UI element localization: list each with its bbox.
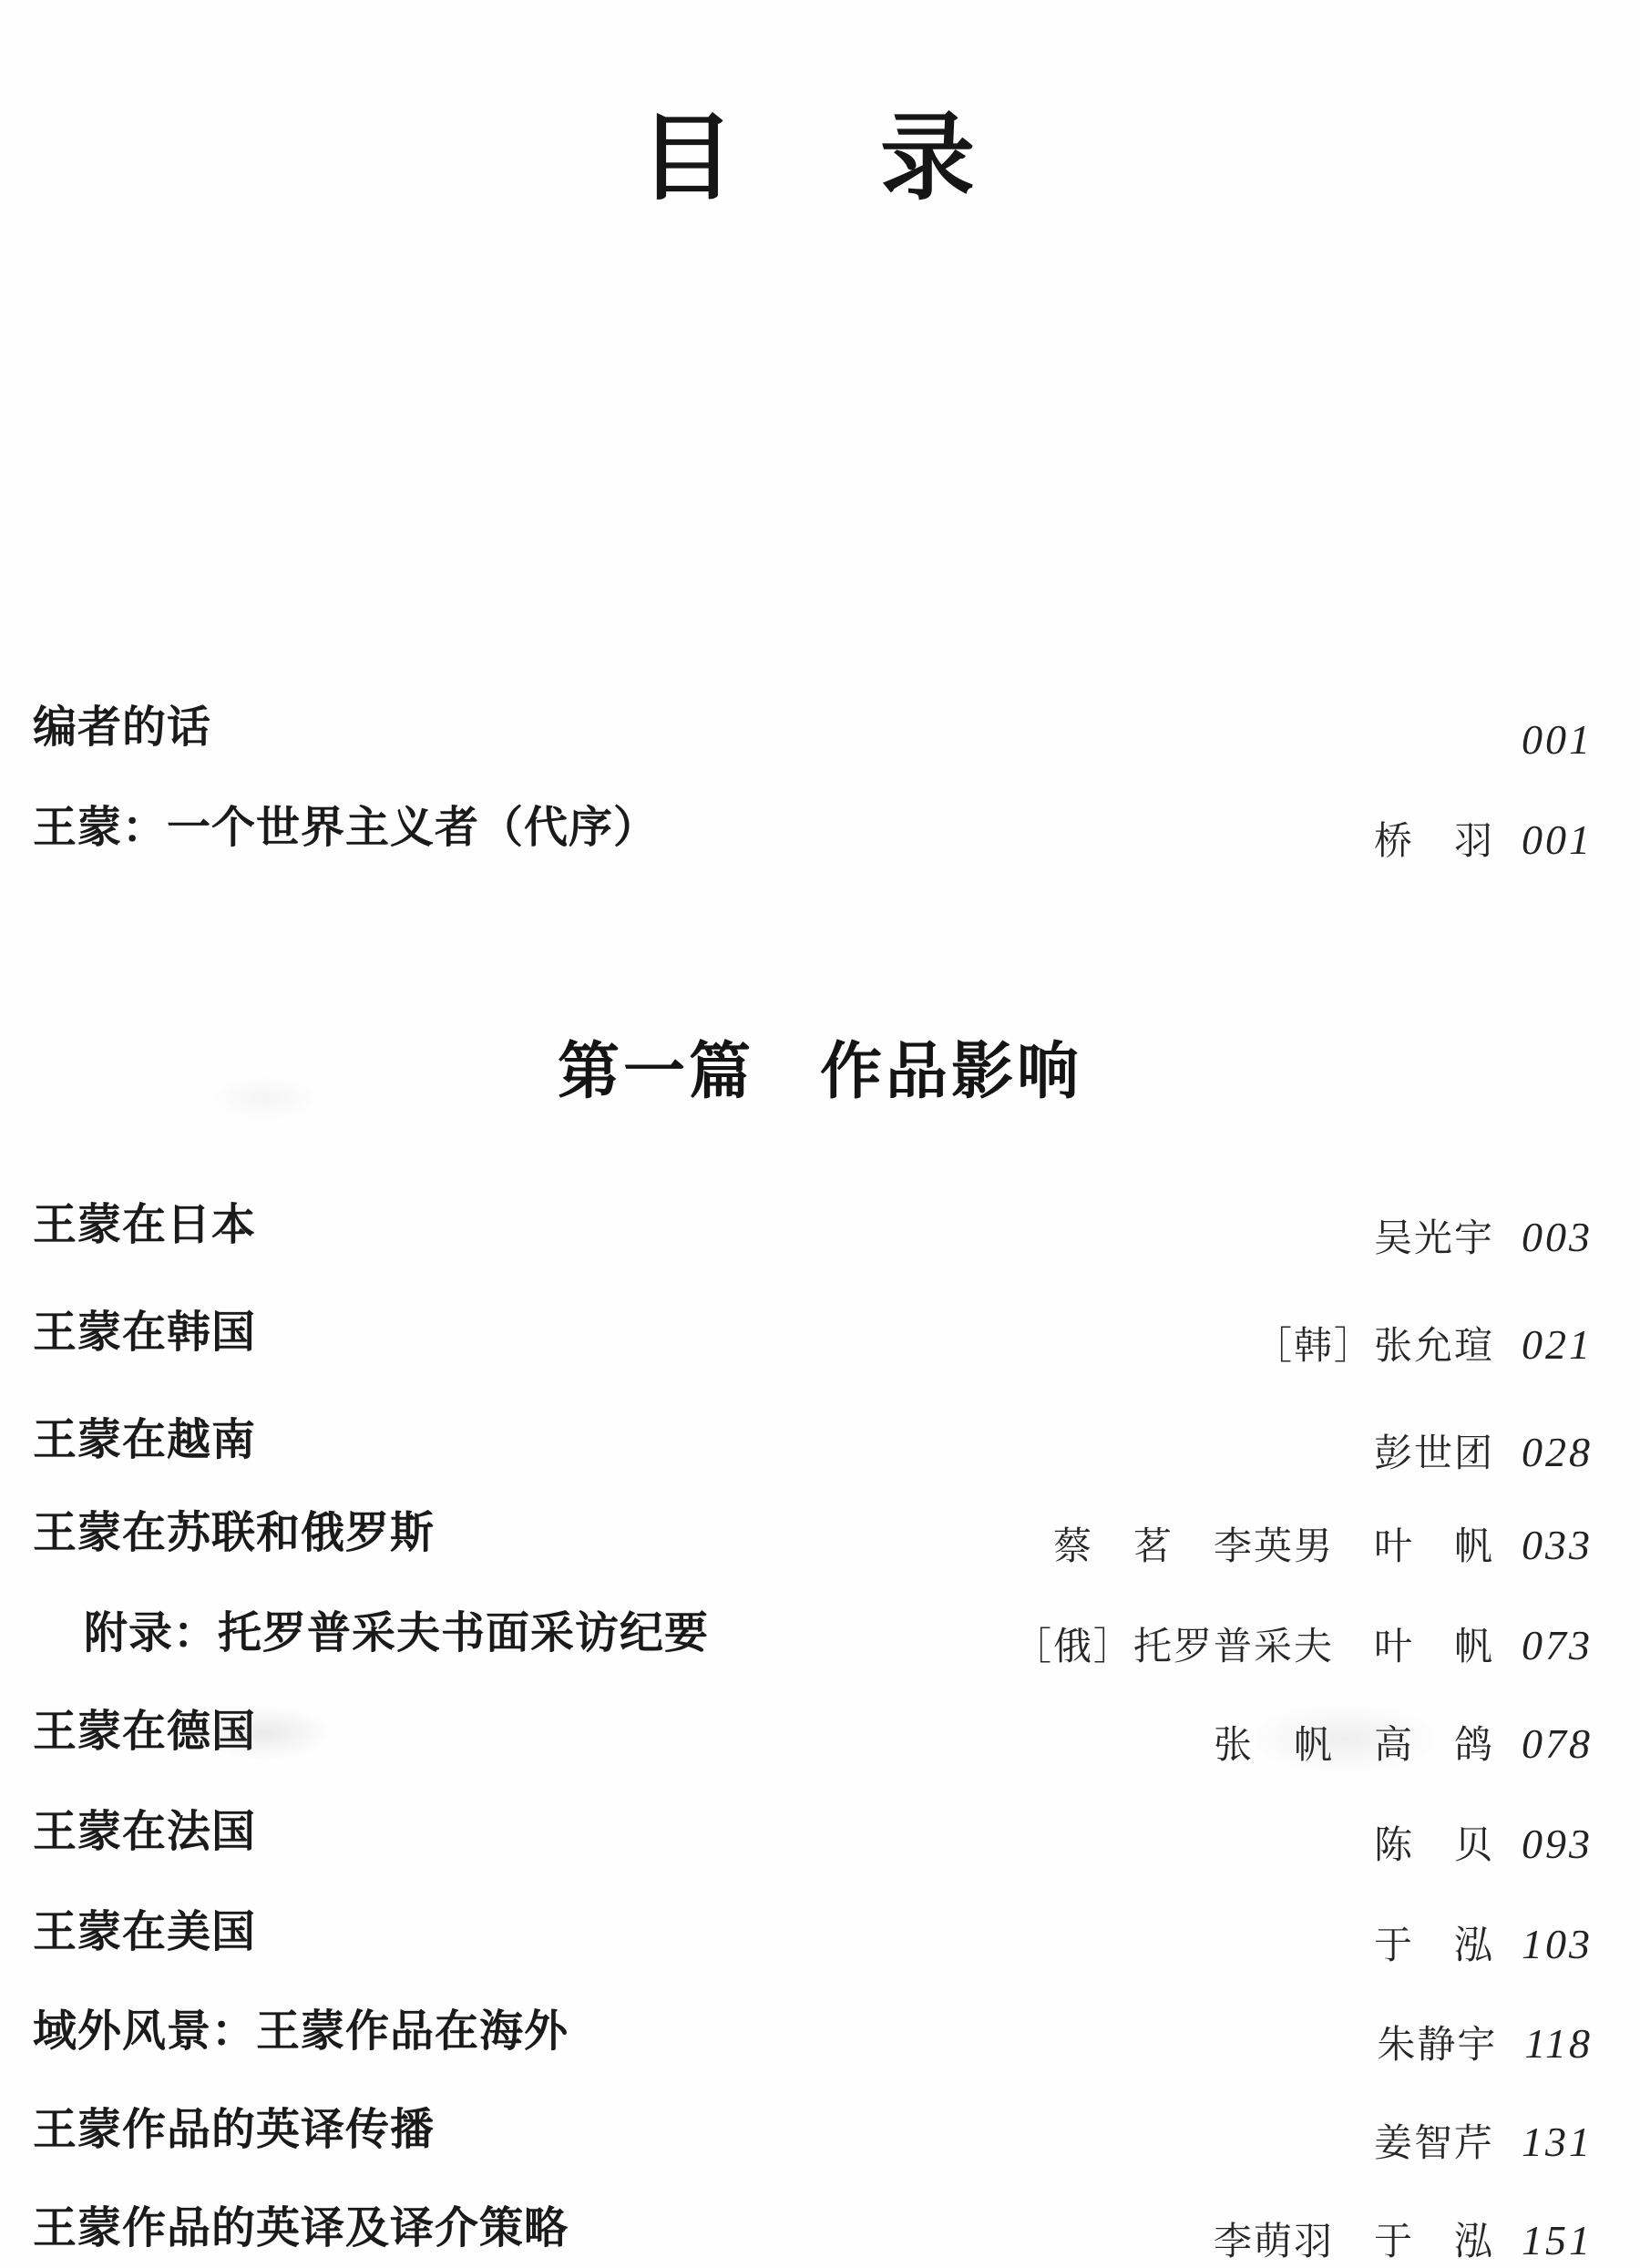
entry-authors: ［俄］托罗普采夫 叶 帆 xyxy=(1013,1627,1494,1669)
toc-page: 目 录 编者的话 001 王蒙：一个世界主义者（代序） 桥 羽 001 第一篇 … xyxy=(0,0,1640,2268)
entry-title: 域外风景：王蒙作品在海外 xyxy=(33,2007,569,2057)
entry-title: 王蒙在韩国 xyxy=(33,1308,256,1358)
entry-title: 王蒙：一个世界主义者（代序） xyxy=(33,804,658,853)
entry-title: 编者的话 xyxy=(33,703,211,753)
entry-authors: 吴光宇 xyxy=(1374,1218,1494,1261)
entry-title: 王蒙在美国 xyxy=(33,1908,256,1957)
toc-row: 王蒙在法国 陈 贝 093 xyxy=(33,1808,1593,1857)
entry-title: 附录：托罗普采夫书面采访纪要 xyxy=(84,1609,709,1658)
entry-authors: 彭世团 xyxy=(1374,1433,1494,1476)
toc-row: 王蒙作品的英译传播 姜智芹 131 xyxy=(33,2106,1593,2155)
entry-title: 王蒙作品的英译及译介策略 xyxy=(33,2204,569,2253)
entry-authors: 朱静宇 xyxy=(1377,2025,1497,2068)
entry-right: 蔡 茗 李英男 叶 帆 033 xyxy=(1053,1522,1593,1569)
entry-right: 姜智芹 131 xyxy=(1374,2119,1593,2166)
entry-title: 王蒙在苏联和俄罗斯 xyxy=(33,1509,435,1558)
entry-right: ［俄］托罗普采夫 叶 帆 073 xyxy=(1013,1622,1593,1669)
entry-authors: 陈 贝 xyxy=(1374,1825,1494,1868)
toc-row: 王蒙作品的英译及译介策略 李萌羽 于 泓 151 xyxy=(33,2204,1593,2253)
entry-right: 于 泓 103 xyxy=(1374,1921,1593,1968)
entry-right: 陈 贝 093 xyxy=(1374,1821,1593,1868)
entry-page-number: 131 xyxy=(1522,2119,1593,2166)
entry-page-number: 093 xyxy=(1522,1821,1593,1868)
entry-page-number: 021 xyxy=(1522,1321,1593,1369)
entry-page-number: 001 xyxy=(1522,716,1593,764)
toc-row: 域外风景：王蒙作品在海外 朱静宇 118 xyxy=(33,2007,1593,2057)
entry-title: 王蒙作品的英译传播 xyxy=(33,2106,435,2155)
entry-page-number: 003 xyxy=(1522,1214,1593,1261)
entry-page-number: 118 xyxy=(1524,2020,1593,2068)
entry-page-number: 028 xyxy=(1522,1429,1593,1476)
entry-authors: 张 帆 高 鸽 xyxy=(1214,1725,1494,1768)
entry-authors: 姜智芹 xyxy=(1374,2123,1494,2166)
entry-right: 彭世团 028 xyxy=(1374,1429,1593,1476)
toc-row: 王蒙在德国 张 帆 高 鸽 078 xyxy=(33,1708,1593,1757)
entry-authors: 李萌羽 于 泓 xyxy=(1214,2222,1494,2264)
toc-row: 王蒙在越南 彭世团 028 xyxy=(33,1416,1593,1465)
toc-row: 王蒙在日本 吴光宇 003 xyxy=(33,1201,1593,1250)
entry-right: ［韩］张允瑄 021 xyxy=(1254,1321,1593,1369)
entry-page-number: 103 xyxy=(1522,1921,1593,1968)
entry-title: 王蒙在越南 xyxy=(33,1416,256,1465)
entry-authors: 于 泓 xyxy=(1374,1925,1494,1968)
section-heading: 第一篇 作品影响 xyxy=(0,1022,1640,1111)
entry-right: 张 帆 高 鸽 078 xyxy=(1214,1720,1593,1768)
toc-row-appendix: 附录：托罗普采夫书面采访纪要 ［俄］托罗普采夫 叶 帆 073 xyxy=(84,1609,1593,1658)
entry-authors: ［韩］张允瑄 xyxy=(1254,1326,1494,1369)
entry-authors: 蔡 茗 李英男 叶 帆 xyxy=(1053,1526,1494,1569)
entry-right: 朱静宇 118 xyxy=(1377,2020,1593,2068)
toc-row: 编者的话 001 xyxy=(33,703,1593,753)
toc-row: 王蒙在韩国 ［韩］张允瑄 021 xyxy=(33,1308,1593,1358)
entry-right: 001 xyxy=(1522,716,1593,764)
entry-right: 吴光宇 003 xyxy=(1374,1214,1593,1261)
toc-row: 王蒙在苏联和俄罗斯 蔡 茗 李英男 叶 帆 033 xyxy=(33,1509,1593,1558)
toc-row: 王蒙在美国 于 泓 103 xyxy=(33,1908,1593,1957)
entry-page-number: 001 xyxy=(1522,816,1593,864)
entry-page-number: 078 xyxy=(1522,1720,1593,1768)
page-title: 目 录 xyxy=(0,108,1640,211)
entry-page-number: 073 xyxy=(1522,1622,1593,1669)
toc-row: 王蒙：一个世界主义者（代序） 桥 羽 001 xyxy=(33,804,1593,853)
entry-right: 桥 羽 001 xyxy=(1374,816,1593,864)
entry-authors: 桥 羽 xyxy=(1374,821,1494,864)
entry-right: 李萌羽 于 泓 151 xyxy=(1214,2217,1593,2264)
entry-title: 王蒙在法国 xyxy=(33,1808,256,1857)
entry-page-number: 033 xyxy=(1522,1522,1593,1569)
entry-title: 王蒙在日本 xyxy=(33,1201,256,1250)
entry-title: 王蒙在德国 xyxy=(33,1708,256,1757)
entry-page-number: 151 xyxy=(1522,2217,1593,2264)
